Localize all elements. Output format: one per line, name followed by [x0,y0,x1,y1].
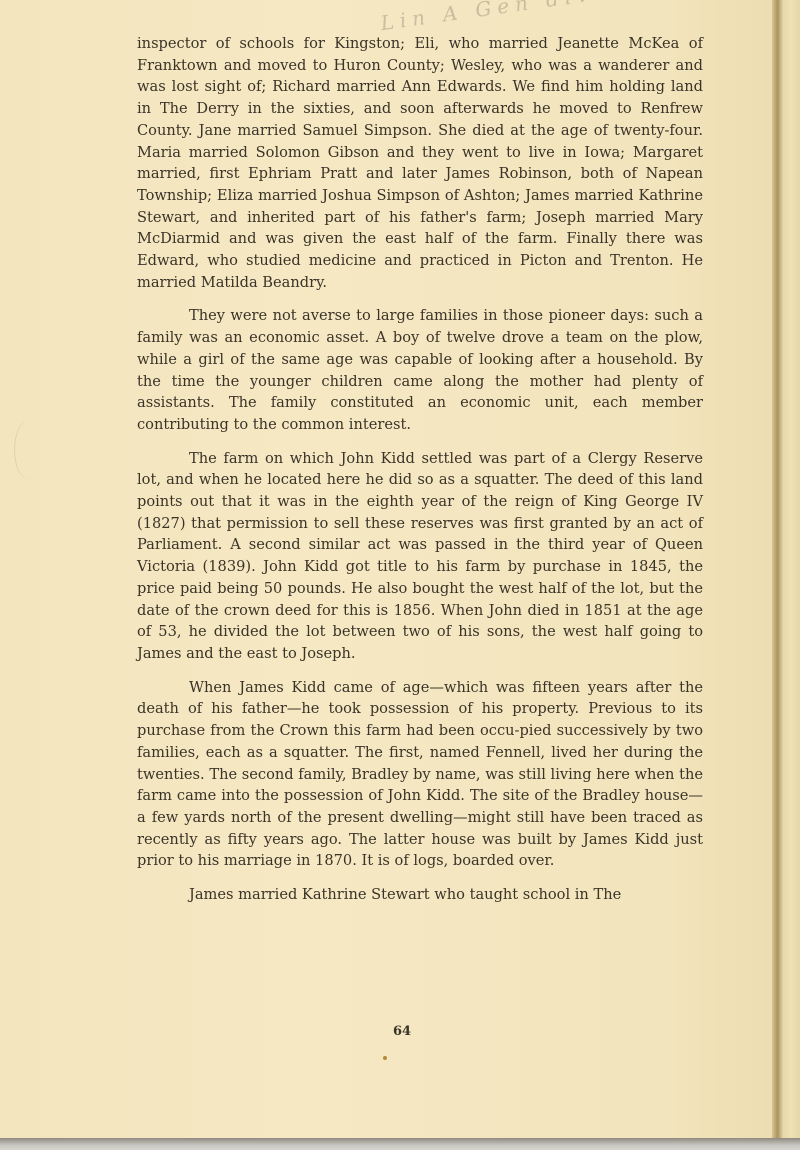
scan-background [0,1138,800,1150]
paragraph-large-families: They were not averse to large families i… [137,305,703,435]
ink-spot [383,1056,387,1060]
faint-margin-mark [14,420,45,480]
paragraph-children-list: inspector of schools for Kingston; Eli, … [137,33,703,293]
page-number: 64 [393,1024,411,1039]
page-binding-edge [772,0,800,1150]
paragraph-clergy-reserve: The farm on which John Kidd settled was … [137,448,703,665]
paragraph-james-married: James married Kathrine Stewart who taugh… [137,884,703,906]
paragraph-james-kidd: When James Kidd came of age—which was fi… [137,677,703,872]
body-text: inspector of schools for Kingston; Eli, … [137,33,703,918]
